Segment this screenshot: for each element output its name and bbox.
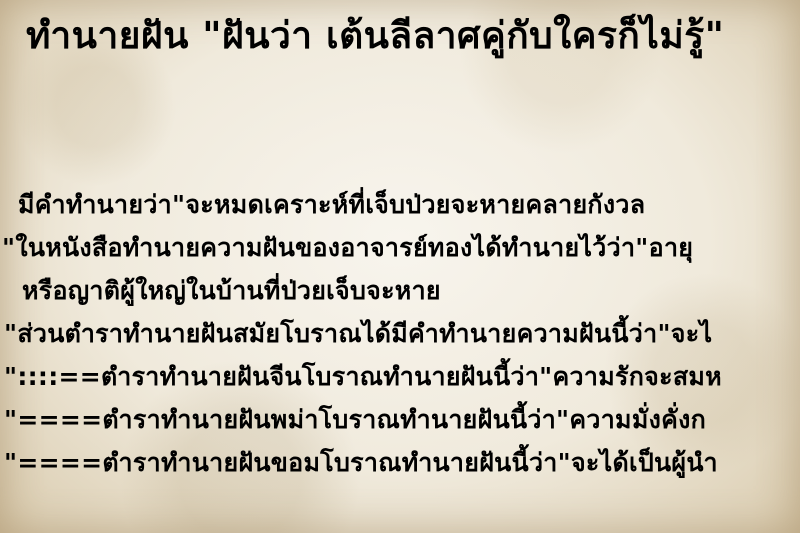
text-line: "ส่วนตำราทำนายฝันสมัยโบราณได้มีคำทำนายคว… — [4, 317, 712, 351]
page-title: ทำนายฝัน "ฝันว่า เต้นลีลาศคู่กับใครก็ไม่… — [26, 12, 724, 60]
text-line: มีคำทำนายว่า"จะหมดเคราะห์ที่เจ็บป่วยจะหา… — [18, 188, 645, 222]
text-line: หรือญาติผู้ใหญ่ในบ้านที่ป่วยเจ็บจะหาย — [22, 274, 441, 308]
text-line: "====ตำราทำนายฝันขอมโบราณทำนายฝันนี้ว่า"… — [4, 446, 718, 480]
text-line: "ในหนังสือทำนายความฝันของอาจารย์ทองได้ทำ… — [2, 231, 693, 265]
text-line: "====ตำราทำนายฝันพม่าโบราณทำนายฝันนี้ว่า… — [4, 403, 706, 437]
text-line: "::::==ตำราทำนายฝันจีนโบราณทำนายฝันนี้ว่… — [4, 360, 722, 394]
